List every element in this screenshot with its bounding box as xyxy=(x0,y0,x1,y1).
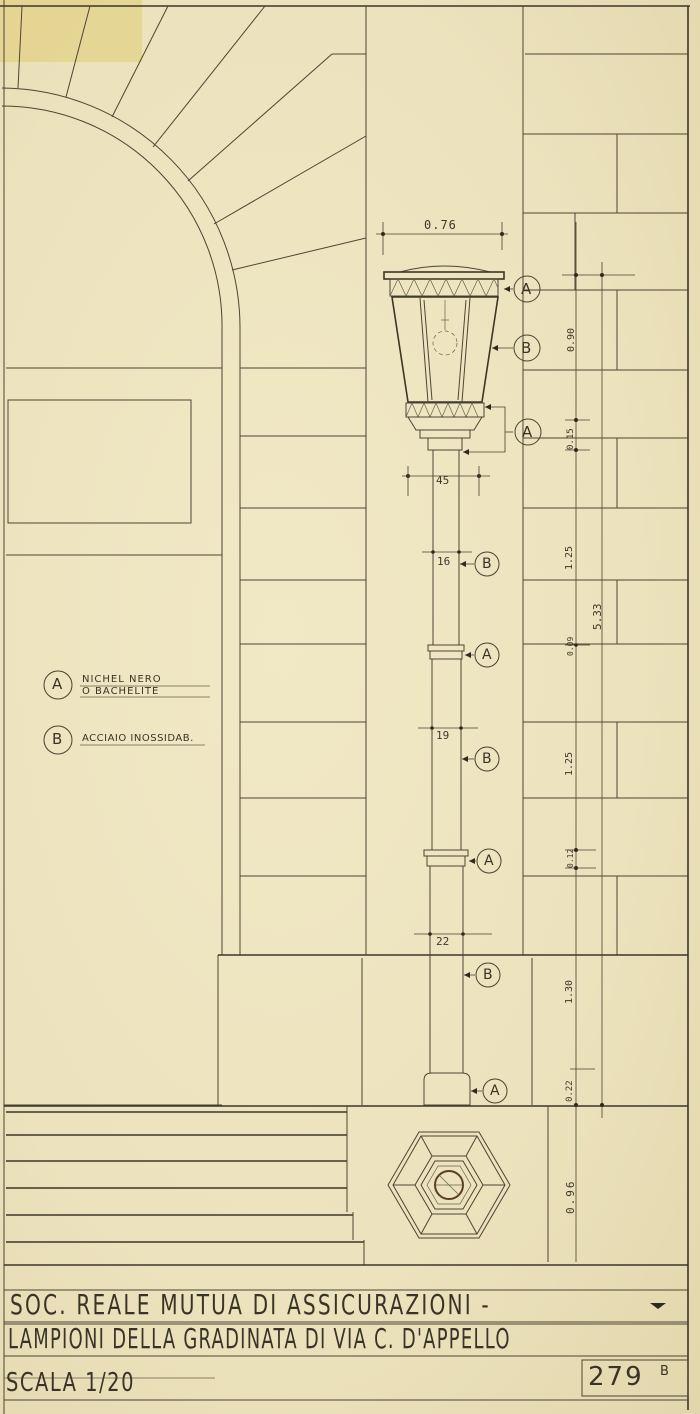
callout-b-lower-shaft: B xyxy=(483,967,493,983)
lamp-pole xyxy=(424,450,470,1105)
callout-b-middle-shaft: B xyxy=(482,751,492,767)
dim-base: 0.22 xyxy=(565,1080,575,1102)
legend-marker-b: B xyxy=(52,730,62,748)
pole-diameter-marks xyxy=(402,466,492,936)
head-width-label: 0.76 xyxy=(424,218,457,232)
callout-a-top: A xyxy=(521,280,531,298)
lantern-head xyxy=(384,266,504,450)
dim-collar: 0.15 xyxy=(566,428,576,450)
dim-upper-shaft: 1.25 xyxy=(564,546,575,570)
diameter-collar-label: 45 xyxy=(436,474,449,487)
title-line-1: SOC. REALE MUTUA DI ASSICURAZIONI - xyxy=(10,1288,491,1321)
legend-a-line-1: NICHEL NERO xyxy=(82,674,162,685)
scale-label: SCALA 1/20 xyxy=(6,1368,135,1398)
arch xyxy=(2,6,366,1105)
architectural-drawing-sheet: 0.76 A B A B A B A B A 45 16 19 22 0.90 … xyxy=(0,0,700,1414)
dim-ring-2: 0.12 xyxy=(566,849,575,868)
dim-lower-shaft: 1.30 xyxy=(564,980,575,1004)
diameter-upper-label: 16 xyxy=(437,555,450,568)
legend-a-line-2: O BACHELITE xyxy=(82,686,159,697)
title-line-2: LAMPIONI DELLA GRADINATA DI VIA C. D'APP… xyxy=(8,1322,511,1355)
callout-b-lantern: B xyxy=(521,339,531,357)
diameter-lower-label: 22 xyxy=(436,935,449,948)
wall-stonework xyxy=(240,6,688,955)
legend-marker-a: A xyxy=(52,675,62,693)
dim-plinth: 0.96 xyxy=(564,1180,577,1215)
hexagon-plan-view xyxy=(388,1132,510,1238)
plinth xyxy=(4,955,688,1262)
callout-a-ring-2: A xyxy=(484,853,494,869)
dim-ring-1: 0.09 xyxy=(566,637,575,656)
sheet-border xyxy=(0,0,690,1414)
callout-b-upper-shaft: B xyxy=(482,556,492,572)
diameter-middle-label: 19 xyxy=(436,729,449,742)
dim-lantern: 0.90 xyxy=(566,328,577,352)
steps xyxy=(4,1106,688,1265)
legend-b-line-1: ACCIAIO INOSSIDAB. xyxy=(82,733,194,744)
dim-middle-shaft: 1.25 xyxy=(564,752,575,776)
drawing-suffix: B xyxy=(660,1364,669,1379)
drawing-number: 279 xyxy=(588,1362,644,1392)
callout-a-collar: A xyxy=(522,423,532,441)
drawing-canvas xyxy=(0,0,700,1414)
dim-total-height: 5.33 xyxy=(591,604,604,631)
callout-a-base: A xyxy=(490,1083,500,1099)
callout-a-ring-1: A xyxy=(482,647,492,663)
